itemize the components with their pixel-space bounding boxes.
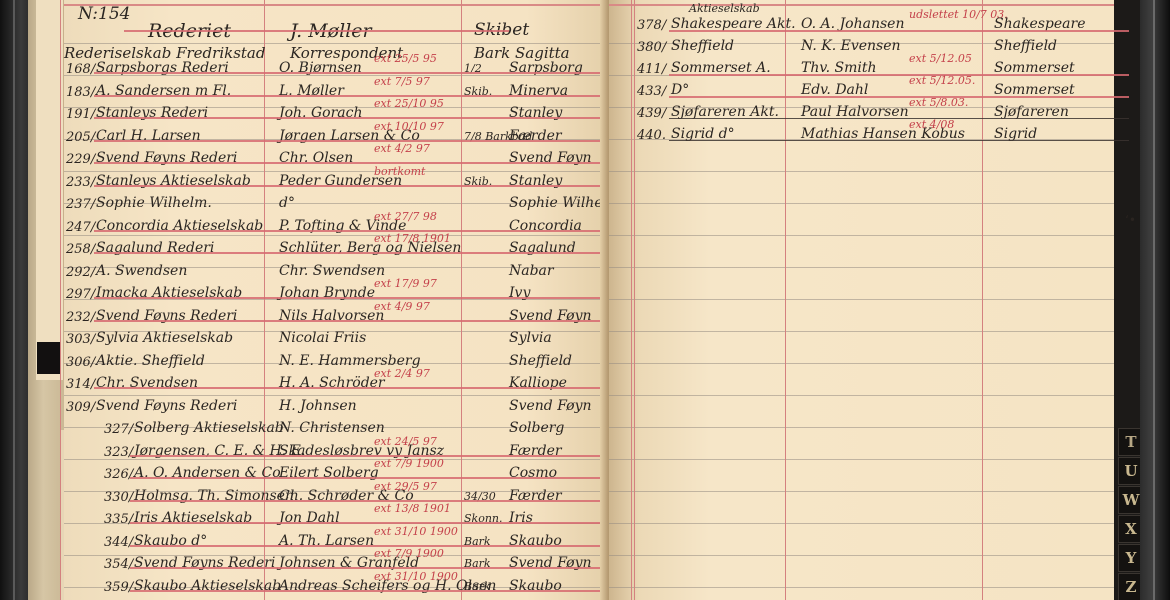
book-spine-left xyxy=(0,0,30,600)
strike-through-line xyxy=(130,590,604,592)
agent-name: N. Christensen xyxy=(279,420,385,436)
entry-number: 354/ xyxy=(104,557,133,572)
ship-name: Solberg xyxy=(509,420,564,436)
left-page: N:154 Rederiet J. Møller Skibet Rederise… xyxy=(64,0,609,600)
strike-through-line xyxy=(130,522,604,524)
red-annotation: ext 4/08 xyxy=(909,118,954,131)
entry-number: 205/ xyxy=(66,130,95,145)
red-annotation: ext 7/5 97 xyxy=(374,75,430,88)
red-annotation: ext 5/12.05 xyxy=(909,52,972,65)
owner-name: Sylvia Aktieselskab xyxy=(96,330,233,346)
entry-number: 292/ xyxy=(66,265,95,280)
strike-through-line xyxy=(669,140,1129,141)
strike-through-line xyxy=(94,140,604,142)
margin-rule xyxy=(60,0,61,600)
red-annotation: ext 2/4 97 xyxy=(374,367,430,380)
entry-number: 378/ xyxy=(637,18,666,33)
ship-name: Sheffield xyxy=(509,353,572,369)
black-index-tab[interactable] xyxy=(37,342,61,374)
entry-number: 439/ xyxy=(637,106,666,121)
agent-name: H. Johnsen xyxy=(279,398,357,414)
red-annotation: ext 4/9 97 xyxy=(374,300,430,313)
owner-name: Sheffield xyxy=(671,38,734,54)
page-number: N:154 xyxy=(78,4,130,24)
header-strike xyxy=(124,30,509,32)
red-annotation: ext 4/2 97 xyxy=(374,142,430,155)
strike-through-line xyxy=(669,96,1129,98)
agent-name: Chr. Swendsen xyxy=(279,263,385,279)
entry-number: 297/ xyxy=(66,287,95,302)
strike-through-line xyxy=(130,500,604,502)
entry-number: 344/ xyxy=(104,535,133,550)
owner-name: Aktie. Sheffield xyxy=(96,353,205,369)
red-annotation: ext 25/5 95 xyxy=(374,52,437,65)
red-annotation: ext 7/9 1900 xyxy=(374,457,444,470)
entry-number: 237/ xyxy=(66,197,95,212)
owner-annotation: Aktieselskab xyxy=(689,2,760,15)
red-annotation: ext 27/7 98 xyxy=(374,210,437,223)
entry-number: 191/ xyxy=(66,107,95,122)
strike-through-line xyxy=(94,387,604,389)
red-annotation: ext 31/10 1900 xyxy=(374,525,458,538)
red-annotation: ext 5/12.05. xyxy=(909,74,975,87)
red-annotation: ext 10/10 97 xyxy=(374,120,444,133)
entry-number: 323/ xyxy=(104,445,133,460)
red-annotation: ext 5/8.03. xyxy=(909,96,968,109)
entry-number: 168/ xyxy=(66,62,95,77)
strike-through-line xyxy=(130,477,604,479)
entry-number: 433/ xyxy=(637,84,666,99)
entry-number: 247/ xyxy=(66,220,95,235)
entry-number: 327/ xyxy=(104,422,133,437)
red-annotation: ext 7/9 1900 xyxy=(374,547,444,560)
strike-through-line xyxy=(94,72,604,74)
strike-through-line xyxy=(94,297,604,299)
strike-through-line xyxy=(669,74,1129,76)
strike-through-line xyxy=(94,162,604,164)
entry-number: 183/ xyxy=(66,85,95,100)
entry-number: 314/ xyxy=(66,377,95,392)
ship-name: Nabar xyxy=(509,263,554,279)
strike-through-line xyxy=(94,117,604,119)
ledger-row: 440.Sigrid d°Mathias Hansen Kobusext 4/0… xyxy=(609,124,1114,154)
entry-number: 335/ xyxy=(104,512,133,527)
ink-mark: ʻ• xyxy=(1125,213,1136,227)
entry-number: 232/ xyxy=(66,310,95,325)
entry-number: 233/ xyxy=(66,175,95,190)
strike-through-line xyxy=(94,95,604,97)
ship-name: Sylvia xyxy=(509,330,552,346)
book-spine-right xyxy=(1140,0,1170,600)
entry-number: 309/ xyxy=(66,400,95,415)
agent-name: d° xyxy=(279,195,295,211)
strike-through-line xyxy=(94,230,604,232)
red-annotation: ext 17/8 1901 xyxy=(374,232,451,245)
entry-number: 258/ xyxy=(66,242,95,257)
strike-through-line xyxy=(94,320,604,322)
red-annotation: ext 17/9 97 xyxy=(374,277,437,290)
entry-number: 229/ xyxy=(66,152,95,167)
entry-number: 326/ xyxy=(104,467,133,482)
ship-name: Svend Føyn xyxy=(509,398,592,414)
owner-name: Svend Føyns Rederi xyxy=(96,398,237,414)
red-annotation: ext 24/5 97 xyxy=(374,435,437,448)
entry-number: 303/ xyxy=(66,332,95,347)
red-annotation: ext 25/10 95 xyxy=(374,97,444,110)
entry-number: 306/ xyxy=(66,355,95,370)
entry-number: 380/ xyxy=(637,40,666,55)
owner-name: A. Swendsen xyxy=(96,263,187,279)
strike-through-line xyxy=(130,567,604,569)
red-annotation: ext 31/10 1900 xyxy=(374,570,458,583)
entry-number: 411/ xyxy=(637,62,666,77)
strike-through-line xyxy=(669,118,1129,119)
red-annotation: ext 13/8 1901 xyxy=(374,502,451,515)
strike-through-line xyxy=(94,252,604,254)
strike-through-line xyxy=(94,185,604,187)
red-annotation: udslettet 10/7 03. xyxy=(909,8,1008,21)
agent-name: Nicolai Friis xyxy=(279,330,366,346)
strike-through-line xyxy=(669,30,1129,32)
strike-through-line xyxy=(130,545,604,547)
owner-name: Sophie Wilhelm. xyxy=(96,195,212,211)
entry-number: 330/ xyxy=(104,490,133,505)
red-annotation: ext 29/5 97 xyxy=(374,480,437,493)
agent-name: N. K. Evensen xyxy=(801,38,901,54)
strike-through-line xyxy=(130,455,604,457)
entry-number: 440. xyxy=(637,128,666,143)
red-annotation: bortkomt xyxy=(374,165,425,178)
owner-name: Solberg Aktieselskab xyxy=(134,420,284,436)
ship-name: Sheffield xyxy=(994,38,1057,54)
top-red-rule xyxy=(609,4,1114,6)
entry-number: 359/ xyxy=(104,580,133,595)
ledger-row: 359/Skaubo AktieselskabAndreas Scheifers… xyxy=(64,576,609,600)
right-page: 378/Shakespeare Akt.O. A. Johansenudslet… xyxy=(609,0,1114,600)
top-red-rule xyxy=(64,4,609,6)
